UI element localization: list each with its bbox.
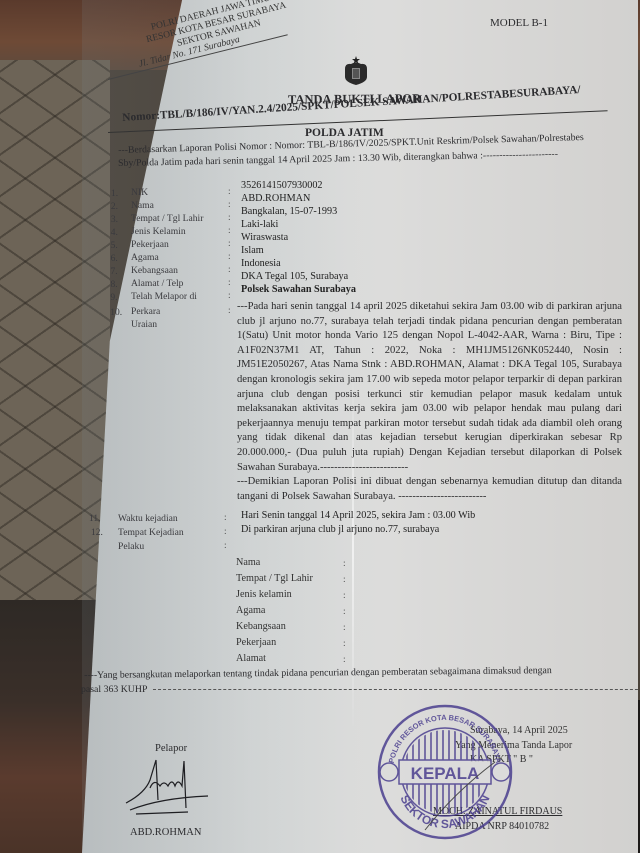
model-label: MODEL B-1 <box>490 17 548 29</box>
field-colon: : <box>343 639 346 649</box>
field-value: DKA Tegal 105, Surabaya <box>241 271 348 282</box>
field-colon: : <box>228 291 231 301</box>
suspect-field-label: Alamat <box>236 653 266 664</box>
field-label: Uraian <box>131 319 157 330</box>
field-label: Pekerjaan <box>131 239 169 250</box>
field-label: Perkara <box>131 306 160 317</box>
stamp-title: KEPALA <box>411 764 480 783</box>
field-value: 3526141507930002 <box>241 180 323 191</box>
background-floor <box>0 60 110 660</box>
field-colon: : <box>228 306 231 316</box>
stamp-ring-bottom: SEKTOR SAWAHAN <box>397 793 492 831</box>
field-value: Islam <box>241 245 264 256</box>
field-label: Pelaku <box>118 541 144 552</box>
description-closing: ---Demikian Laporan Polisi ini dibuat de… <box>237 475 622 504</box>
official-stamp: KEPALA POLRI RESOR KOTA BESAR SURABAYA S… <box>375 702 515 842</box>
field-colon: : <box>343 655 346 665</box>
field-label: Kebangsaan <box>131 265 178 276</box>
field-label: Agama <box>131 252 159 263</box>
row-number: 12. <box>91 528 103 538</box>
field-colon: : <box>343 559 346 569</box>
field-value: Polsek Sawahan Surabaya <box>241 284 356 295</box>
legal-article: pasal 363 KUHP <box>81 684 147 695</box>
field-label: Tempat Kejadian <box>118 527 184 538</box>
row-number: 11. <box>89 514 101 524</box>
field-colon: : <box>228 226 231 236</box>
row-number: 4. <box>111 228 118 238</box>
field-colon: : <box>224 527 227 537</box>
incident-description: ---Pada hari senin tanggal 14 april 2025… <box>237 300 622 504</box>
row-number: 8. <box>110 280 117 290</box>
field-value: Laki-laki <box>241 219 278 230</box>
field-colon: : <box>224 513 227 523</box>
field-label: Jenis Kelamin <box>131 226 186 237</box>
field-colon: : <box>343 623 346 633</box>
reporter-signature <box>120 758 215 818</box>
row-number: 3. <box>111 215 118 225</box>
field-value: ABD.ROHMAN <box>241 193 310 204</box>
field-colon: : <box>228 278 231 288</box>
field-value: Wiraswasta <box>241 232 288 243</box>
field-colon: : <box>228 239 231 249</box>
reporter-name: ABD.ROHMAN <box>130 827 201 838</box>
suspect-field-label: Agama <box>236 605 265 616</box>
field-value: Bangkalan, 15-07-1993 <box>241 206 337 217</box>
field-label: NIK <box>131 187 148 198</box>
row-number: 1. <box>111 189 118 199</box>
row-number: 10. <box>110 308 122 318</box>
suspect-field-label: Tempat / Tgl Lahir <box>236 573 313 584</box>
suspect-field-label: Kebangsaan <box>236 621 286 632</box>
suspect-field-label: Jenis kelamin <box>236 589 292 600</box>
field-label: Telah Melapor di <box>131 291 197 302</box>
field-colon: : <box>343 591 346 601</box>
svg-text:SEKTOR SAWAHAN: SEKTOR SAWAHAN <box>397 793 492 831</box>
police-emblem-icon <box>341 55 371 87</box>
field-value: Indonesia <box>241 258 281 269</box>
reporter-label: Pelapor <box>155 743 187 754</box>
field-value: Di parkiran arjuna club jl arjuno no.77,… <box>241 524 439 535</box>
field-colon: : <box>228 252 231 262</box>
field-colon: : <box>228 213 231 223</box>
field-colon: : <box>228 187 231 197</box>
suspect-field-label: Pekerjaan <box>236 637 276 648</box>
closing-statement-2: pasal 363 KUHP <box>81 684 640 695</box>
field-colon: : <box>228 265 231 275</box>
field-colon: : <box>228 200 231 210</box>
field-label: Nama <box>131 200 154 211</box>
field-label: Alamat / Telp <box>131 278 183 289</box>
field-value: Hari Senin tanggal 14 April 2025, sekira… <box>241 510 475 521</box>
field-colon: : <box>224 541 227 551</box>
dash-line <box>153 689 640 690</box>
row-number: 2. <box>111 202 118 212</box>
field-colon: : <box>343 575 346 585</box>
row-number: 9. <box>110 293 117 303</box>
row-number: 7. <box>111 267 118 277</box>
field-colon: : <box>343 607 346 617</box>
row-number: 5. <box>111 241 118 251</box>
suspect-field-label: Nama <box>236 557 260 568</box>
field-label: Waktu kejadian <box>118 513 178 524</box>
row-number: 6. <box>111 254 118 264</box>
description-paragraph: ---Pada hari senin tanggal 14 april 2025… <box>237 300 622 475</box>
field-label: Tempat / Tgl Lahir <box>131 213 203 224</box>
